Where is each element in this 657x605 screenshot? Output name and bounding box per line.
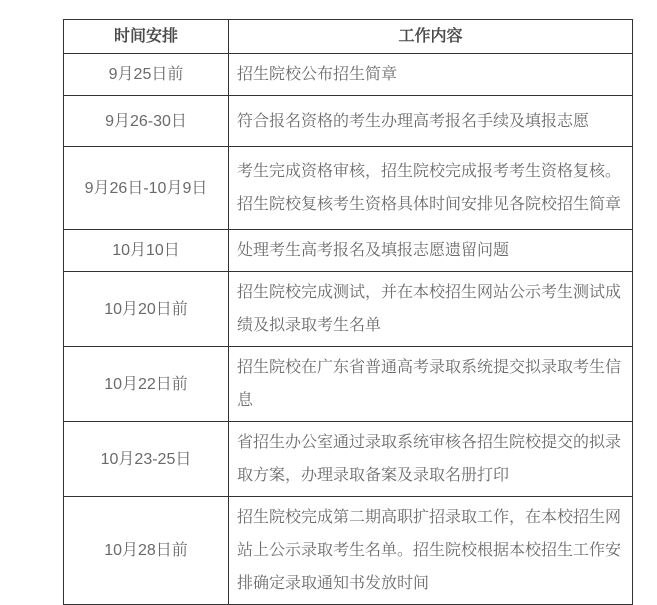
time-cell: 10月20日前 [64, 272, 229, 347]
time-cell: 10月22日前 [64, 347, 229, 422]
table-header: 时间安排 工作内容 [64, 20, 633, 54]
header-row: 时间安排 工作内容 [64, 20, 633, 54]
table-row: 10月20日前 招生院校完成测试，并在本校招生网站公示考生测试成绩及拟录取考生名… [64, 272, 633, 347]
content-cell: 招生院校公布招生简章 [229, 54, 633, 96]
table-row: 9月26日-10月9日 考生完成资格审核，招生院校完成报考考生资格复核。招生院校… [64, 147, 633, 230]
time-cell: 9月26日-10月9日 [64, 147, 229, 230]
content-cell: 招生院校在广东省普通高考录取系统提交拟录取考生信息 [229, 347, 633, 422]
content-cell: 处理考生高考报名及填报志愿遗留问题 [229, 230, 633, 272]
time-cell: 9月25日前 [64, 54, 229, 96]
time-cell: 10月28日前 [64, 497, 229, 574]
content-cell: 符合报名资格的考生办理高考报名手续及填报志愿 [229, 96, 633, 147]
time-cell: 9月26-30日 [64, 96, 229, 147]
table-row: 9月25日前 招生院校公布招生简章 [64, 54, 633, 96]
content-cell: 招生院校完成第二期高职扩招录取工作，在本校招生网站上公示录取考生名单。招生院校根… [229, 497, 633, 574]
table-row: 10月10日 处理考生高考报名及填报志愿遗留问题 [64, 230, 633, 272]
header-cell-time: 时间安排 [64, 20, 229, 54]
time-cell: 10月10日 [64, 230, 229, 272]
schedule-table: 时间安排 工作内容 9月25日前 招生院校公布招生简章 9月26-30日 符合报… [63, 19, 633, 573]
content-cell: 考生完成资格审核，招生院校完成报考考生资格复核。招生院校复核考生资格具体时间安排… [229, 147, 633, 230]
table-row: 10月23-25日 省招生办公室通过录取系统审核各招生院校提交的拟录取方案，办理… [64, 422, 633, 497]
table-row: 9月26-30日 符合报名资格的考生办理高考报名手续及填报志愿 [64, 96, 633, 147]
table-body: 9月25日前 招生院校公布招生简章 9月26-30日 符合报名资格的考生办理高考… [64, 54, 633, 574]
content-cell: 省招生办公室通过录取系统审核各招生院校提交的拟录取方案，办理录取备案及录取名册打… [229, 422, 633, 497]
content-cell: 招生院校完成测试，并在本校招生网站公示考生测试成绩及拟录取考生名单 [229, 272, 633, 347]
header-cell-content: 工作内容 [229, 20, 633, 54]
table-row: 10月28日前 招生院校完成第二期高职扩招录取工作，在本校招生网站上公示录取考生… [64, 497, 633, 574]
table-row: 10月22日前 招生院校在广东省普通高考录取系统提交拟录取考生信息 [64, 347, 633, 422]
time-cell: 10月23-25日 [64, 422, 229, 497]
